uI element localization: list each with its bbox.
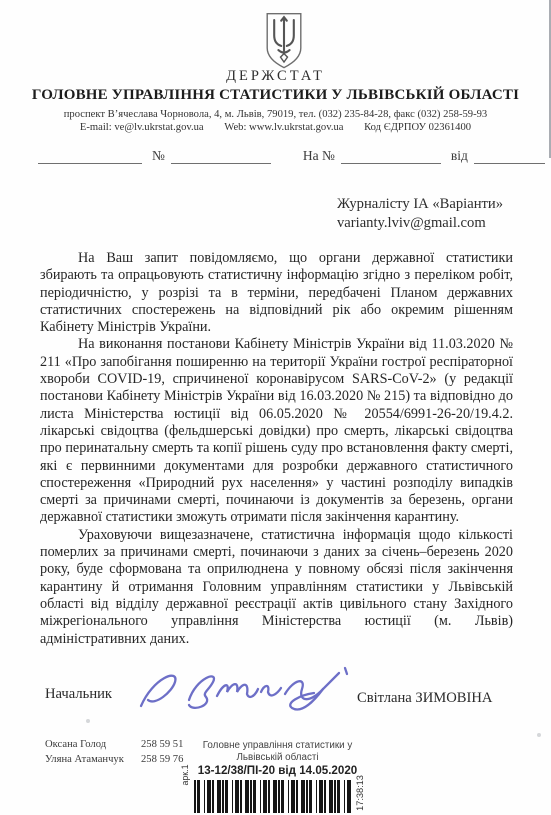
from-date-blank-line [474,147,545,164]
org-abbreviation: ДЕРЖСТАТ [0,68,551,85]
from-date-label: від [451,148,468,164]
executor-name: Оксана Голод [45,737,141,752]
org-email: E-mail: ve@lv.ukrstat.gov.ua [80,122,204,133]
barcode [194,780,352,813]
stamp-org-line: Львівській області [180,752,375,764]
ukraine-trident-emblem-icon [263,10,305,72]
stamp-doc-number: 13-12/38/ПІ-20 від 14.05.2020 [180,764,375,777]
executor-phone: 258 59 51 [141,737,183,752]
scan-speck [86,719,90,723]
executor-row: Уляна Атаманчук 258 59 76 [45,752,183,767]
registration-stamp: Головне управління статистики у Львівськ… [180,740,375,815]
executors-block: Оксана Голод 258 59 51 Уляна Атаманчук 2… [45,737,183,767]
org-name-title: ГОЛОВНЕ УПРАВЛІННЯ СТАТИСТИКИ У ЛЬВІВСЬК… [0,87,551,104]
on-number-label: На № [303,148,335,164]
executor-name: Уляна Атаманчук [45,752,141,767]
org-website: Web: www.lv.ukrstat.gov.ua [224,122,343,133]
executor-row: Оксана Голод 258 59 51 [45,737,183,752]
executor-phone: 258 59 76 [141,752,183,767]
scan-speck [537,733,541,737]
org-edrpou-code: Код ЄДРПОУ 02361400 [364,122,471,133]
org-contacts: E-mail: ve@lv.ukrstat.gov.ua Web: www.lv… [0,122,551,133]
date-blank-line [38,147,142,164]
stamp-sheet-label: арк.1 [180,757,190,793]
number-label: № [152,148,165,164]
handwritten-signature [133,660,363,722]
reference-number-line: № На № від [38,144,545,164]
signer-position: Начальник [45,686,112,703]
body-paragraph: На Ваш запит повідомляємо, що органи дер… [40,250,513,336]
signer-name: Світлана ЗИМОВІНА [357,690,492,707]
number-blank-line [171,147,271,164]
on-number-blank-line [341,147,441,164]
recipient-name: Журналісту ІА «Варіанти» [337,195,503,214]
stamp-time-label: 17:38:13 [355,771,365,815]
body-paragraph: Ураховуючи вищезазначене, статистична ін… [40,527,513,648]
stamp-org-line: Головне управління статистики у [180,740,375,752]
recipient-block: Журналісту ІА «Варіанти» varianty.lviv@g… [337,195,503,233]
recipient-email: varianty.lviv@gmail.com [337,214,503,233]
body-paragraph: На виконання постанови Кабінету Міністрі… [40,336,513,526]
org-address: проспект В’ячеслава Чорновола, 4, м. Льв… [0,109,551,120]
letter-body: На Ваш запит повідомляємо, що органи дер… [40,250,513,648]
scanned-letter-page: ДЕРЖСТАТ ГОЛОВНЕ УПРАВЛІННЯ СТАТИСТИКИ У… [0,0,551,815]
